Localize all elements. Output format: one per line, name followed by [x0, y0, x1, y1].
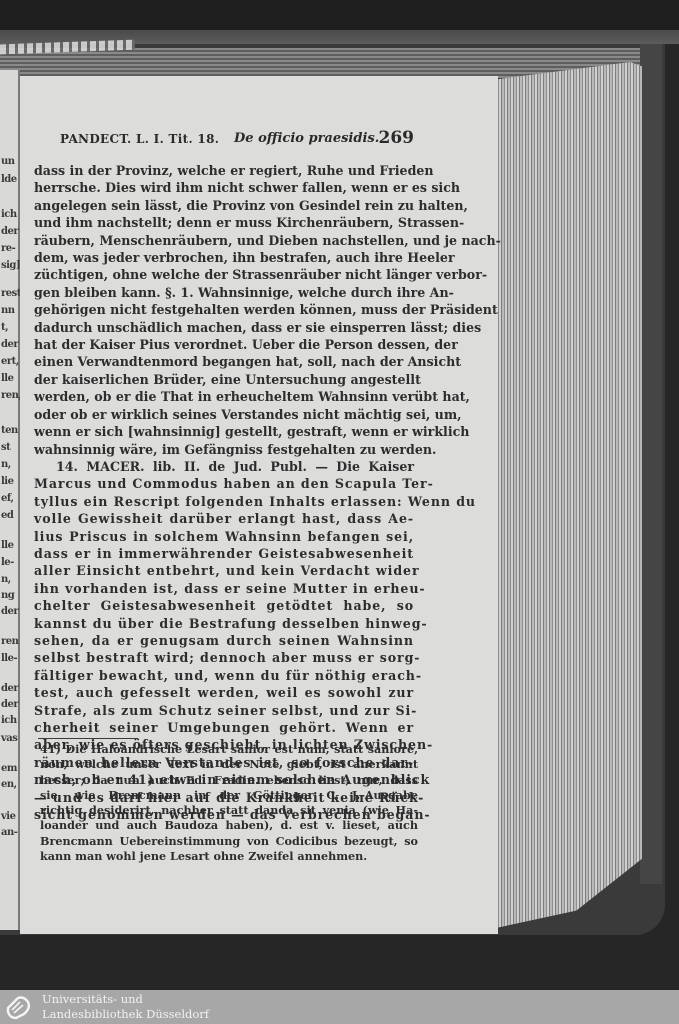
left-page-fragment: t,	[1, 323, 8, 333]
text-line: test, auch gefesselt werden, weil es sow…	[34, 684, 414, 701]
left-page-fragment: lie	[1, 477, 13, 487]
running-head-subtitle: De officio praesidis.	[234, 131, 379, 146]
left-page-fragment: ich	[1, 210, 17, 220]
text-line: dem, was jeder verbrochen, ihn bestrafen…	[34, 249, 414, 266]
text-line: oder ob er wirklich seines Verstandes ni…	[34, 406, 414, 423]
text-line: selbst bestraft wird; dennoch aber muss …	[34, 649, 414, 666]
left-page-fragment: ng	[1, 591, 14, 601]
background-shadow	[0, 0, 679, 32]
left-page-fragment: en,	[1, 780, 17, 790]
left-page-fragment: lde	[1, 175, 17, 185]
library-name-line1: Universitäts- und	[42, 992, 143, 1006]
left-page-fragment: der	[1, 340, 18, 350]
left-page-fragment: lle-	[1, 654, 17, 664]
left-page-fragment: vas	[1, 734, 17, 744]
main-text: dass in der Provinz, welche er regiert, …	[34, 162, 414, 823]
text-line: gehörigen nicht festgehalten werden könn…	[34, 301, 414, 318]
footnote-line: Brencmann Uebereinstimmung von Codicibus…	[40, 834, 418, 849]
book-scan: unldeichderre-sig]restnnt,derert,lleren,…	[0, 0, 679, 990]
text-line: hat der Kaiser Pius verordnet. Ueber die…	[34, 336, 414, 353]
library-name-line2: Landesbibliothek Düsseldorf	[42, 1007, 209, 1021]
text-line: volle Gewissheit darüber erlangt hast, d…	[34, 510, 414, 527]
text-line: dass er in immerwährender Geistesabwesen…	[34, 545, 414, 562]
left-page-fragment: n,	[1, 460, 11, 470]
text-line: züchtigen, ohne welche der Strassenräube…	[34, 266, 414, 283]
footnote-line: sie, wie Brencmann in der Göttinger C. J…	[40, 788, 418, 803]
text-line: aller Einsicht entbehrt, und kein Verdac…	[34, 562, 414, 579]
text-line: wahnsinnig wäre, im Gefängniss festgehal…	[34, 441, 414, 458]
text-line: tyllus ein Rescript folgenden Inhalts er…	[34, 493, 414, 510]
text-line: 14. MACER. lib. II. de Jud. Publ. — Die …	[34, 458, 414, 475]
text-line: Strafe, als zum Schutz seiner selbst, un…	[34, 702, 414, 719]
text-line: sehen, da er genugsam durch seinen Wahns…	[34, 632, 414, 649]
footnote-line: besser; da nun auch Ed. Fradin. ebenso l…	[40, 773, 418, 788]
library-logo-icon	[4, 994, 32, 1020]
left-page-fragment: rest	[1, 289, 21, 299]
text-line: der kaiserlichen Brüder, eine Untersuchu…	[34, 371, 414, 388]
page-edges-right	[496, 62, 642, 928]
left-page-sliver: unldeichderre-sig]restnnt,derert,lleren,…	[0, 70, 20, 930]
text-line: Marcus und Commodus haben an den Scapula…	[34, 475, 414, 492]
left-page-fragment: ren	[1, 637, 18, 647]
left-page-fragment: lle	[1, 541, 13, 551]
footnote-line: 41) Die Haloandrische Lesart sanior est …	[40, 742, 418, 757]
left-page-fragment: ten	[1, 426, 18, 436]
left-page-fragment: n,	[1, 575, 11, 585]
text-line: räubern, Menschenräubern, und Dieben nac…	[34, 232, 414, 249]
page-number: 269	[379, 128, 415, 148]
left-page-fragment: lle	[1, 374, 13, 384]
running-head-title: PANDECT. L. I. Tit. 18.	[60, 132, 219, 146]
footnote-line: richtig desiderirt, nachher statt danda …	[40, 803, 418, 818]
left-page-fragment: nn	[1, 306, 15, 316]
text-line: wenn er sich [wahnsinnig] gestellt, gest…	[34, 423, 414, 440]
library-banner: Universitäts- und Landesbibliothek Düsse…	[0, 990, 679, 1024]
left-page-fragment: der	[1, 684, 18, 694]
text-line: kannst du über die Bestrafung desselben …	[34, 615, 414, 632]
left-page-fragment: der	[1, 227, 18, 237]
left-page-fragment: st	[1, 443, 10, 453]
left-page-fragment: le-	[1, 558, 14, 568]
text-line: chelter Geistesabwesenheit getödtet habe…	[34, 597, 414, 614]
cover-side	[640, 44, 662, 884]
left-page-fragment: ed	[1, 511, 13, 521]
left-page-fragment: der	[1, 700, 18, 710]
footnote-line: loander und auch Baudoza haben), d. est …	[40, 818, 418, 833]
left-page-fragment: em	[1, 764, 17, 774]
text-line: fältiger bewacht, und, wenn du für nöthi…	[34, 667, 414, 684]
text-line: angelegen sein lässt, die Provinz von Ge…	[34, 197, 414, 214]
text-line: dass in der Provinz, welche er regiert, …	[34, 162, 414, 179]
left-page-fragment: un	[1, 157, 15, 167]
text-line: lius Priscus in solchem Wahnsinn befange…	[34, 528, 414, 545]
left-page-fragment: ef,	[1, 494, 13, 504]
left-page-fragment: ert,	[1, 357, 19, 367]
footnote-line: non, welche unser Text in der Note giebt…	[40, 757, 418, 772]
left-page-fragment: ren,	[1, 391, 21, 401]
text-line: dadurch unschädlich machen, dass er sie …	[34, 319, 414, 336]
left-page-fragment: sig]	[1, 261, 20, 271]
text-line: gen bleiben kann. §. 1. Wahnsinnige, wel…	[34, 284, 414, 301]
text-line: und ihm nachstellt; denn er muss Kirchen…	[34, 214, 414, 231]
left-page-fragment: an-	[1, 828, 17, 838]
running-head: PANDECT. L. I. Tit. 18. De officio praes…	[52, 130, 412, 150]
footnote-rule	[38, 738, 138, 739]
left-page-fragment: ich	[1, 716, 17, 726]
text-line: ihn vorhanden ist, dass er seine Mutter …	[34, 580, 414, 597]
left-page-fragment: der	[1, 607, 18, 617]
left-page-fragment: vie	[1, 812, 15, 822]
footnote-line: kann man wohl jene Lesart ohne Zweifel a…	[40, 849, 418, 864]
text-line: werden, ob er die That in erheucheltem W…	[34, 388, 414, 405]
left-page-fragment: re-	[1, 244, 15, 254]
footnotes: 41) Die Haloandrische Lesart sanior est …	[40, 742, 418, 864]
text-line: cherheit seiner Umgebungen gehört. Wenn …	[34, 719, 414, 736]
text-line: herrsche. Dies wird ihm nicht schwer fal…	[34, 179, 414, 196]
text-line: einen Verwandtenmord begangen hat, soll,…	[34, 353, 414, 370]
